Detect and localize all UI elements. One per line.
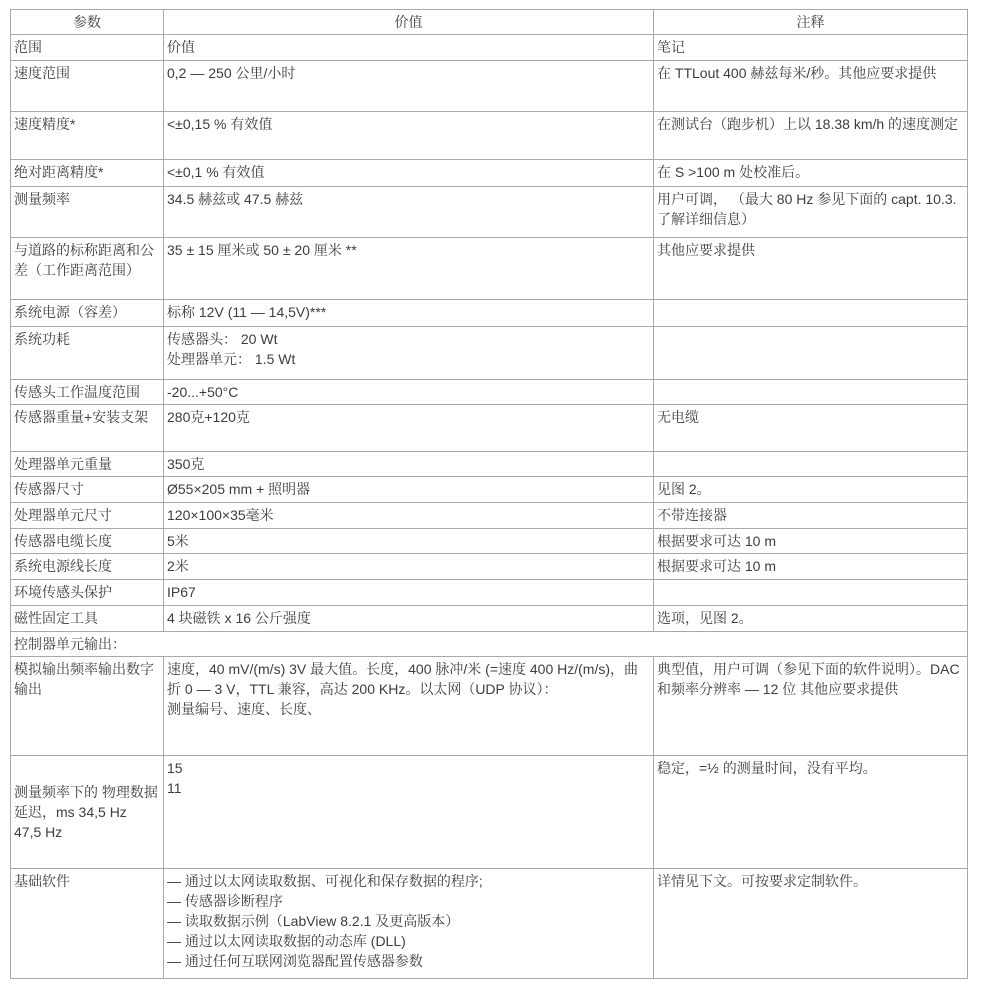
param-cell: 传感器重量+安装支架 xyxy=(11,405,164,452)
header-value: 价值 xyxy=(164,10,654,35)
table-row: 传感器电缆长度 5米 根据要求可达 10 m xyxy=(11,529,968,554)
header-param: 参数 xyxy=(11,10,164,35)
note-cell: 其他应要求提供 xyxy=(654,238,968,300)
value-cell: 4 块磁铁 x 16 公斤强度 xyxy=(164,606,654,632)
table-row: 传感器重量+安装支架 280克+120克 无电缆 xyxy=(11,405,968,452)
param-cell: 环境传感头保护 xyxy=(11,580,164,606)
param-cell: 测量频率 xyxy=(11,187,164,238)
value-cell: 传感器头： 20 Wt 处理器单元： 1.5 Wt xyxy=(164,327,654,380)
section-title: 控制器单元输出： xyxy=(11,632,968,657)
table-row: 与道路的标称距离和公差（工作距离范围） 35 ± 15 厘米或 50 ± 20 … xyxy=(11,238,968,300)
param-cell: 系统功耗 xyxy=(11,327,164,380)
table-row: 测量频率 34.5 赫兹或 47.5 赫兹 用户可调， （最大 80 Hz 参见… xyxy=(11,187,968,238)
param-cell: 速度精度* xyxy=(11,112,164,160)
param-cell: 范围 xyxy=(11,35,164,61)
table-row: 磁性固定工具 4 块磁铁 x 16 公斤强度 选项，见图 2。 xyxy=(11,606,968,632)
param-cell: 磁性固定工具 xyxy=(11,606,164,632)
param-cell: 绝对距离精度* xyxy=(11,160,164,187)
note-cell: 在 TTLout 400 赫兹每米/秒。其他应要求提供 xyxy=(654,61,968,112)
note-cell: 根据要求可达 10 m xyxy=(654,554,968,580)
note-cell xyxy=(654,300,968,327)
param-cell: 基础软件 xyxy=(11,869,164,979)
param-cell: 传感头工作温度范围 xyxy=(11,380,164,405)
value-cell: 120×100×35毫米 xyxy=(164,503,654,529)
value-cell: 价值 xyxy=(164,35,654,61)
table-row: 传感头工作温度范围 -20...+50°C xyxy=(11,380,968,405)
note-cell xyxy=(654,380,968,405)
value-cell: 5米 xyxy=(164,529,654,554)
note-cell: 根据要求可达 10 m xyxy=(654,529,968,554)
table-row: 系统电源（容差） 标称 12V (11 — 14,5V)*** xyxy=(11,300,968,327)
table-row: 速度范围 0,2 — 250 公里/小时 在 TTLout 400 赫兹每米/秒… xyxy=(11,61,968,112)
value-cell: <±0,15 % 有效值 xyxy=(164,112,654,160)
spec-table: 参数 价值 注释 范围 价值 笔记 速度范围 0,2 — 250 公里/小时 在… xyxy=(10,9,968,979)
note-cell: 在测试台（跑步机）上以 18.38 km/h 的速度测定 xyxy=(654,112,968,160)
value-cell: 280克+120克 xyxy=(164,405,654,452)
note-cell: 不带连接器 xyxy=(654,503,968,529)
param-cell: 速度范围 xyxy=(11,61,164,112)
table-row: 系统电源线长度 2米 根据要求可达 10 m xyxy=(11,554,968,580)
note-cell: 在 S >100 m 处校准后。 xyxy=(654,160,968,187)
note-cell: 笔记 xyxy=(654,35,968,61)
table-row: 测量频率下的 物理数据延迟，ms 34,5 Hz 47,5 Hz 15 11 稳… xyxy=(11,756,968,869)
value-cell: -20...+50°C xyxy=(164,380,654,405)
value-cell: 0,2 — 250 公里/小时 xyxy=(164,61,654,112)
table-row: 处理器单元重量 350克 xyxy=(11,452,968,477)
header-note: 注释 xyxy=(654,10,968,35)
param-cell: 处理器单元尺寸 xyxy=(11,503,164,529)
note-cell: 稳定，=½ 的测量时间，没有平均。 xyxy=(654,756,968,869)
note-cell: 选项，见图 2。 xyxy=(654,606,968,632)
value-cell: — 通过以太网读取数据、可视化和保存数据的程序; — 传感器诊断程序 — 读取数… xyxy=(164,869,654,979)
param-cell: 传感器尺寸 xyxy=(11,477,164,503)
param-cell: 测量频率下的 物理数据延迟，ms 34,5 Hz 47,5 Hz xyxy=(11,756,164,869)
note-cell: 详情见下文。可按要求定制软件。 xyxy=(654,869,968,979)
table-row: 范围 价值 笔记 xyxy=(11,35,968,61)
value-cell: Ø55×205 mm + 照明器 xyxy=(164,477,654,503)
param-cell: 系统电源（容差） xyxy=(11,300,164,327)
value-cell: 350克 xyxy=(164,452,654,477)
value-cell: 2米 xyxy=(164,554,654,580)
value-cell: 15 11 xyxy=(164,756,654,869)
param-cell: 与道路的标称距离和公差（工作距离范围） xyxy=(11,238,164,300)
param-cell: 系统电源线长度 xyxy=(11,554,164,580)
note-cell: 用户可调， （最大 80 Hz 参见下面的 capt. 10.3. 了解详细信息… xyxy=(654,187,968,238)
note-cell: 见图 2。 xyxy=(654,477,968,503)
param-cell: 模拟输出频率输出数字输出 xyxy=(11,657,164,756)
table-row: 速度精度* <±0,15 % 有效值 在测试台（跑步机）上以 18.38 km/… xyxy=(11,112,968,160)
value-cell: IP67 xyxy=(164,580,654,606)
param-cell: 处理器单元重量 xyxy=(11,452,164,477)
param-cell: 传感器电缆长度 xyxy=(11,529,164,554)
table-row: 基础软件 — 通过以太网读取数据、可视化和保存数据的程序; — 传感器诊断程序 … xyxy=(11,869,968,979)
value-cell: 34.5 赫兹或 47.5 赫兹 xyxy=(164,187,654,238)
table-row: 处理器单元尺寸 120×100×35毫米 不带连接器 xyxy=(11,503,968,529)
note-cell xyxy=(654,452,968,477)
value-cell: <±0,1 % 有效值 xyxy=(164,160,654,187)
value-cell: 速度，40 mV/(m/s) 3V 最大值。长度，400 脉冲/米 (=速度 4… xyxy=(164,657,654,756)
table-row: 传感器尺寸 Ø55×205 mm + 照明器 见图 2。 xyxy=(11,477,968,503)
table-row: 模拟输出频率输出数字输出 速度，40 mV/(m/s) 3V 最大值。长度，40… xyxy=(11,657,968,756)
table-row: 环境传感头保护 IP67 xyxy=(11,580,968,606)
value-cell: 35 ± 15 厘米或 50 ± 20 厘米 ** xyxy=(164,238,654,300)
note-cell: 典型值，用户可调（参见下面的软件说明）。DAC 和频率分辨率 — 12 位 其他… xyxy=(654,657,968,756)
note-cell: 无电缆 xyxy=(654,405,968,452)
value-cell: 标称 12V (11 — 14,5V)*** xyxy=(164,300,654,327)
header-row: 参数 价值 注释 xyxy=(11,10,968,35)
table-row: 系统功耗 传感器头： 20 Wt 处理器单元： 1.5 Wt xyxy=(11,327,968,380)
section-row: 控制器单元输出： xyxy=(11,632,968,657)
note-cell xyxy=(654,580,968,606)
table-row: 绝对距离精度* <±0,1 % 有效值 在 S >100 m 处校准后。 xyxy=(11,160,968,187)
note-cell xyxy=(654,327,968,380)
